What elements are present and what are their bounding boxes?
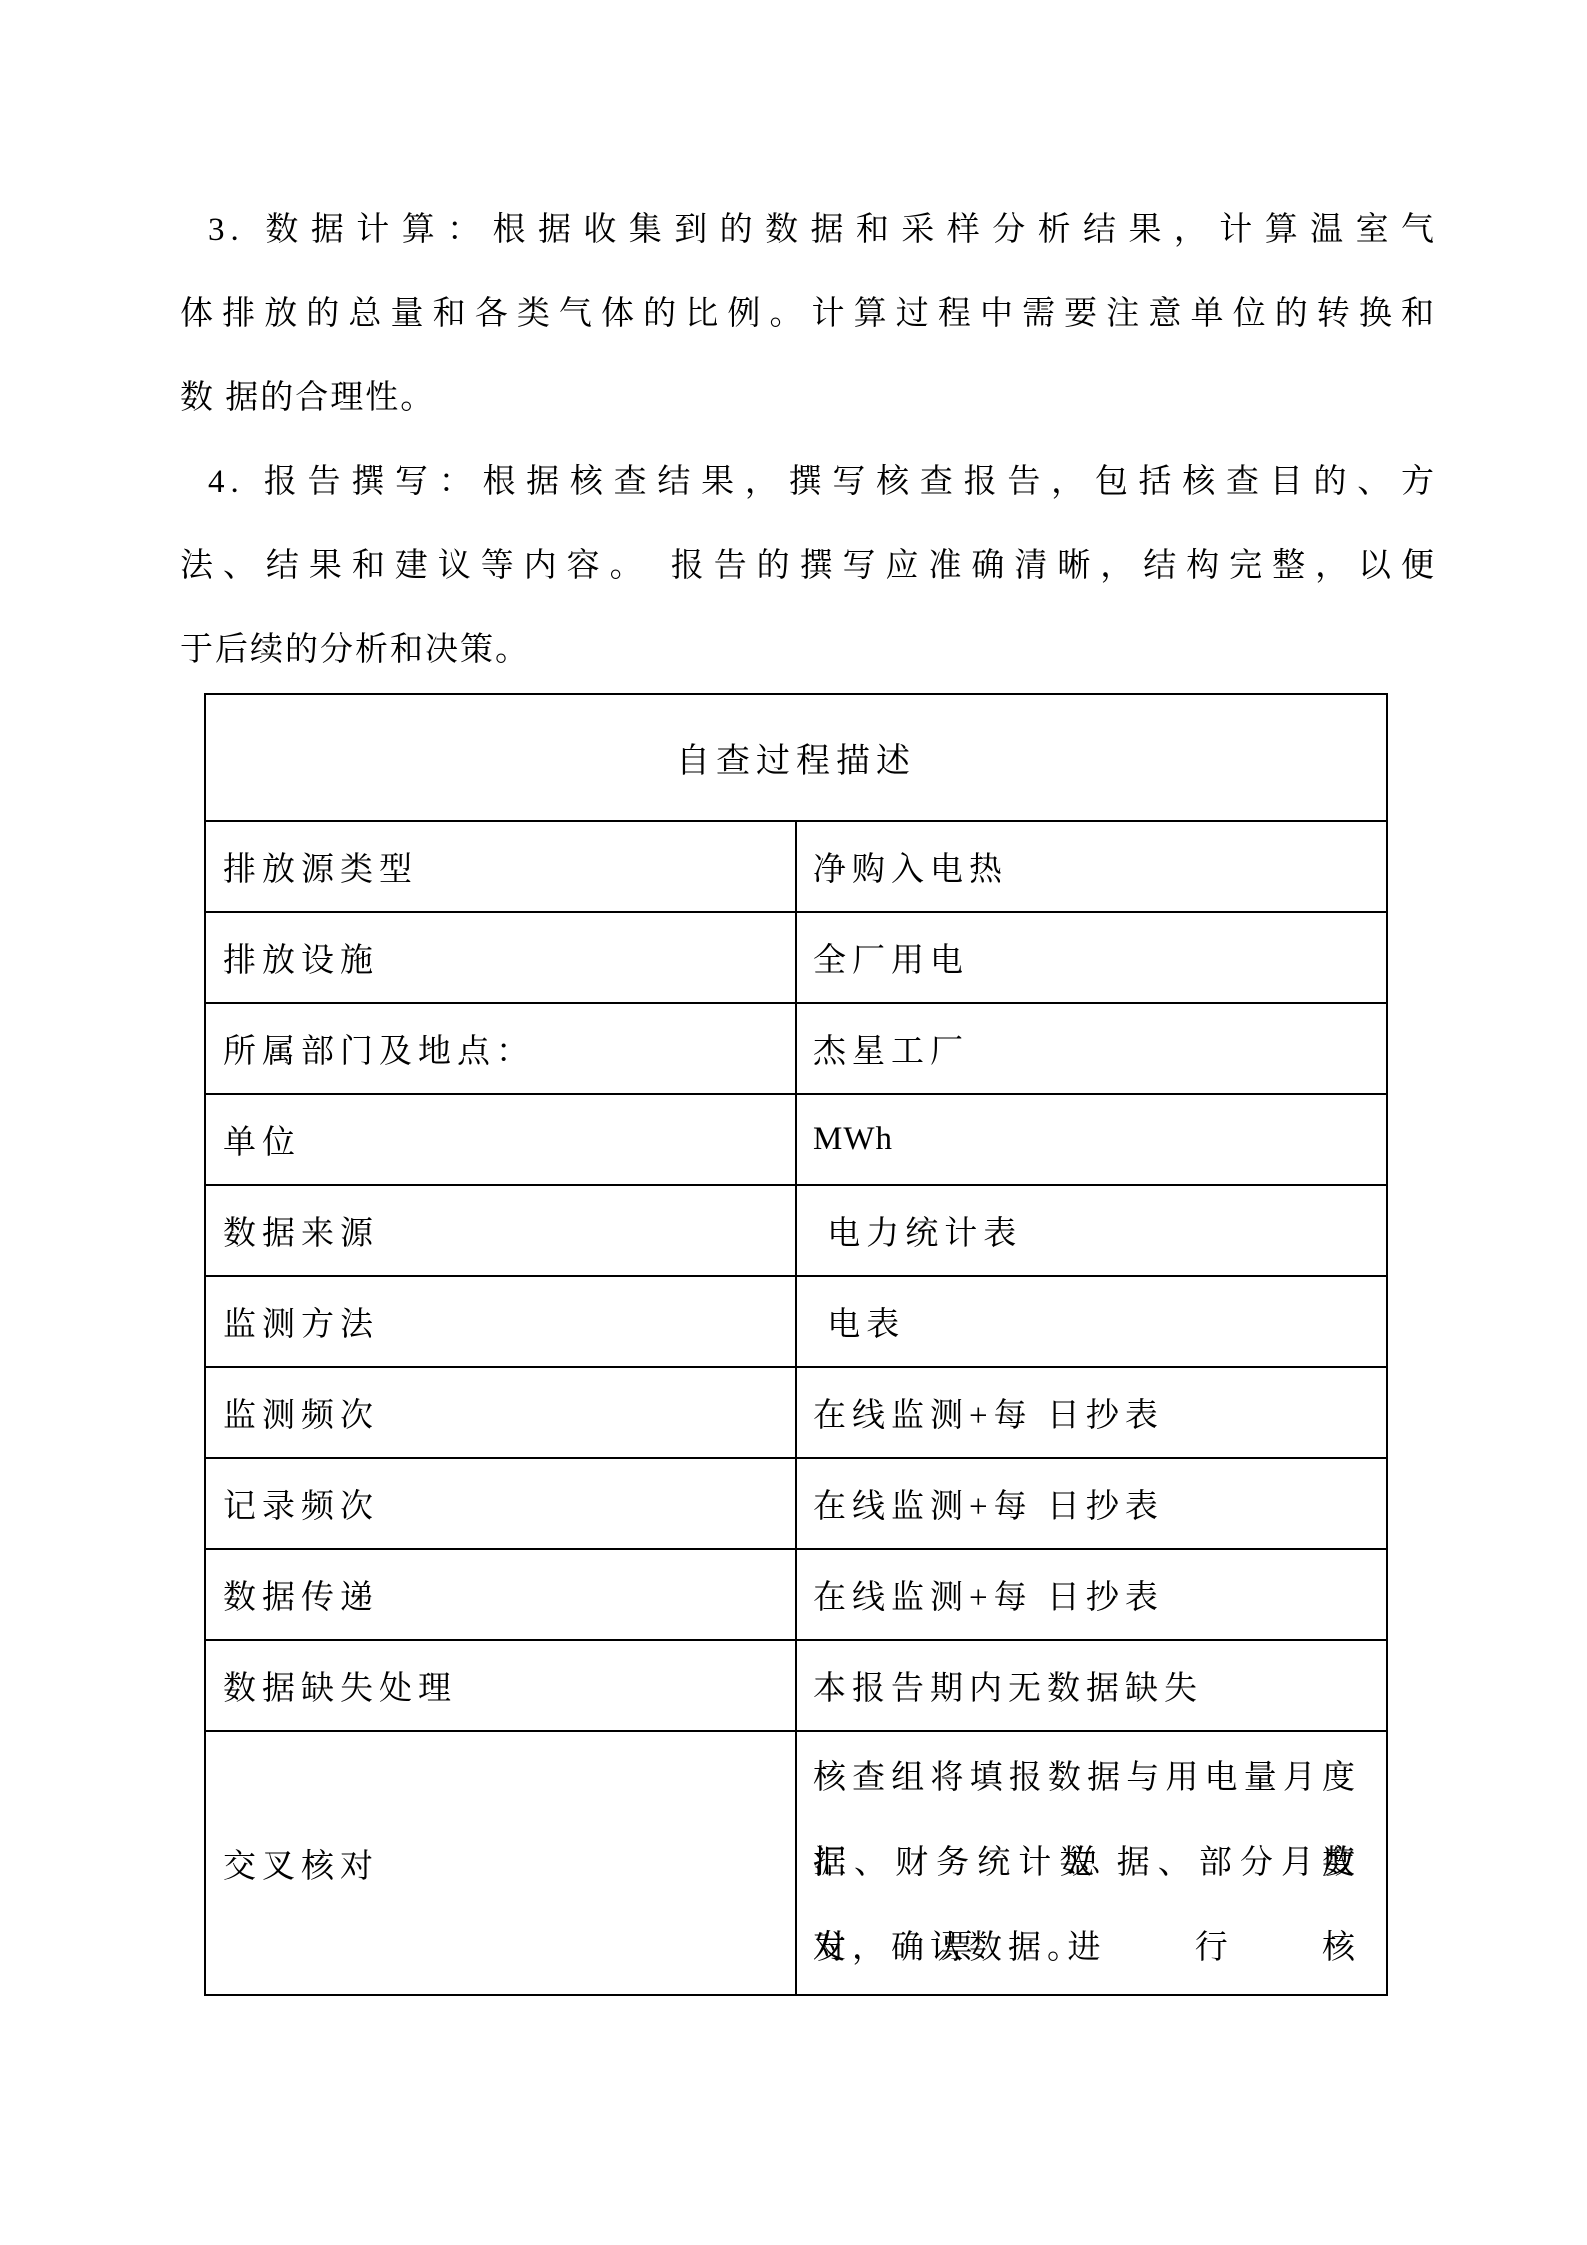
row-label: 交叉核对 [205, 1731, 796, 1995]
table-row: 单位MWh [205, 1094, 1387, 1185]
table-row: 记录频次在线监测+每 日抄表 [205, 1458, 1387, 1549]
paragraph-line: 体排放的总量和各类气体的比例。计算过程中需要注意单位的转换和 [180, 272, 1440, 356]
row-label: 记录频次 [205, 1458, 796, 1549]
row-value: 全厂用电 [796, 912, 1387, 1003]
row-label: 单位 [205, 1094, 796, 1185]
paragraph-line: 数 据的合理性。 [180, 356, 1440, 440]
row-value-line: 核查组将填报数据与用电量月度汇总数 [813, 1736, 1385, 1821]
paragraph-line: 法、结果和建议等内容。 报告的撰写应准确清晰，结构完整，以便 [180, 524, 1440, 608]
row-value: 本报告期内无数据缺失 [796, 1640, 1387, 1731]
table-row: 交叉核对核查组将填报数据与用电量月度汇总数据、财务统计数 据、部分月度发票进行核… [205, 1731, 1387, 1995]
table-row: 监测方法 电表 [205, 1276, 1387, 1367]
row-value: 杰星工厂 [796, 1003, 1387, 1094]
row-value: 核查组将填报数据与用电量月度汇总数据、财务统计数 据、部分月度发票进行核对，确认… [796, 1731, 1387, 1995]
row-label: 所属部门及地点： [205, 1003, 796, 1094]
table-row: 数据来源 电力统计表 [205, 1185, 1387, 1276]
row-value: 在线监测+每 日抄表 [796, 1367, 1387, 1458]
body-paragraphs: 3. 数据计算：根据收集到的数据和采样分析结果，计算温室气体排放的总量和各类气体… [180, 188, 1440, 692]
row-label: 数据来源 [205, 1185, 796, 1276]
page-background: 3. 数据计算：根据收集到的数据和采样分析结果，计算温室气体排放的总量和各类气体… [0, 0, 1587, 2245]
table-row: 监测频次在线监测+每 日抄表 [205, 1367, 1387, 1458]
document-page: { "page": { "background_color": "#ffffff… [0, 0, 1587, 2245]
table-row: 排放源类型净购入电热 [205, 821, 1387, 912]
row-value: 在线监测+每 日抄表 [796, 1549, 1387, 1640]
row-label: 监测方法 [205, 1276, 796, 1367]
paragraph-line: 4. 报告撰写：根据核查结果，撰写核查报告，包括核查目的、方 [180, 440, 1440, 524]
row-value: 在线监测+每 日抄表 [796, 1458, 1387, 1549]
paragraph-line: 3. 数据计算：根据收集到的数据和采样分析结果，计算温室气 [180, 188, 1440, 272]
row-label: 数据传递 [205, 1549, 796, 1640]
table-row: 数据缺失处理本报告期内无数据缺失 [205, 1640, 1387, 1731]
self-check-table: 自查过程描述 排放源类型净购入电热排放设施全厂用电所属部门及地点：杰星工厂单位M… [204, 693, 1388, 1996]
row-value: 电表 [796, 1276, 1387, 1367]
row-value: 电力统计表 [796, 1185, 1387, 1276]
table-title-row: 自查过程描述 [205, 694, 1387, 821]
self-check-table-body: 自查过程描述 排放源类型净购入电热排放设施全厂用电所属部门及地点：杰星工厂单位M… [205, 694, 1387, 1995]
table-row: 数据传递在线监测+每 日抄表 [205, 1549, 1387, 1640]
table-title: 自查过程描述 [205, 694, 1387, 821]
table-row: 所属部门及地点：杰星工厂 [205, 1003, 1387, 1094]
paragraph-line: 于后续的分析和决策。 [180, 608, 1440, 692]
row-label: 排放设施 [205, 912, 796, 1003]
row-value: 净购入电热 [796, 821, 1387, 912]
table-row: 排放设施全厂用电 [205, 912, 1387, 1003]
row-label: 数据缺失处理 [205, 1640, 796, 1731]
row-value-line: 据、财务统计数 据、部分月度发票进行核 [813, 1821, 1385, 1906]
row-value: MWh [796, 1094, 1387, 1185]
row-label: 监测频次 [205, 1367, 796, 1458]
row-label: 排放源类型 [205, 821, 796, 912]
